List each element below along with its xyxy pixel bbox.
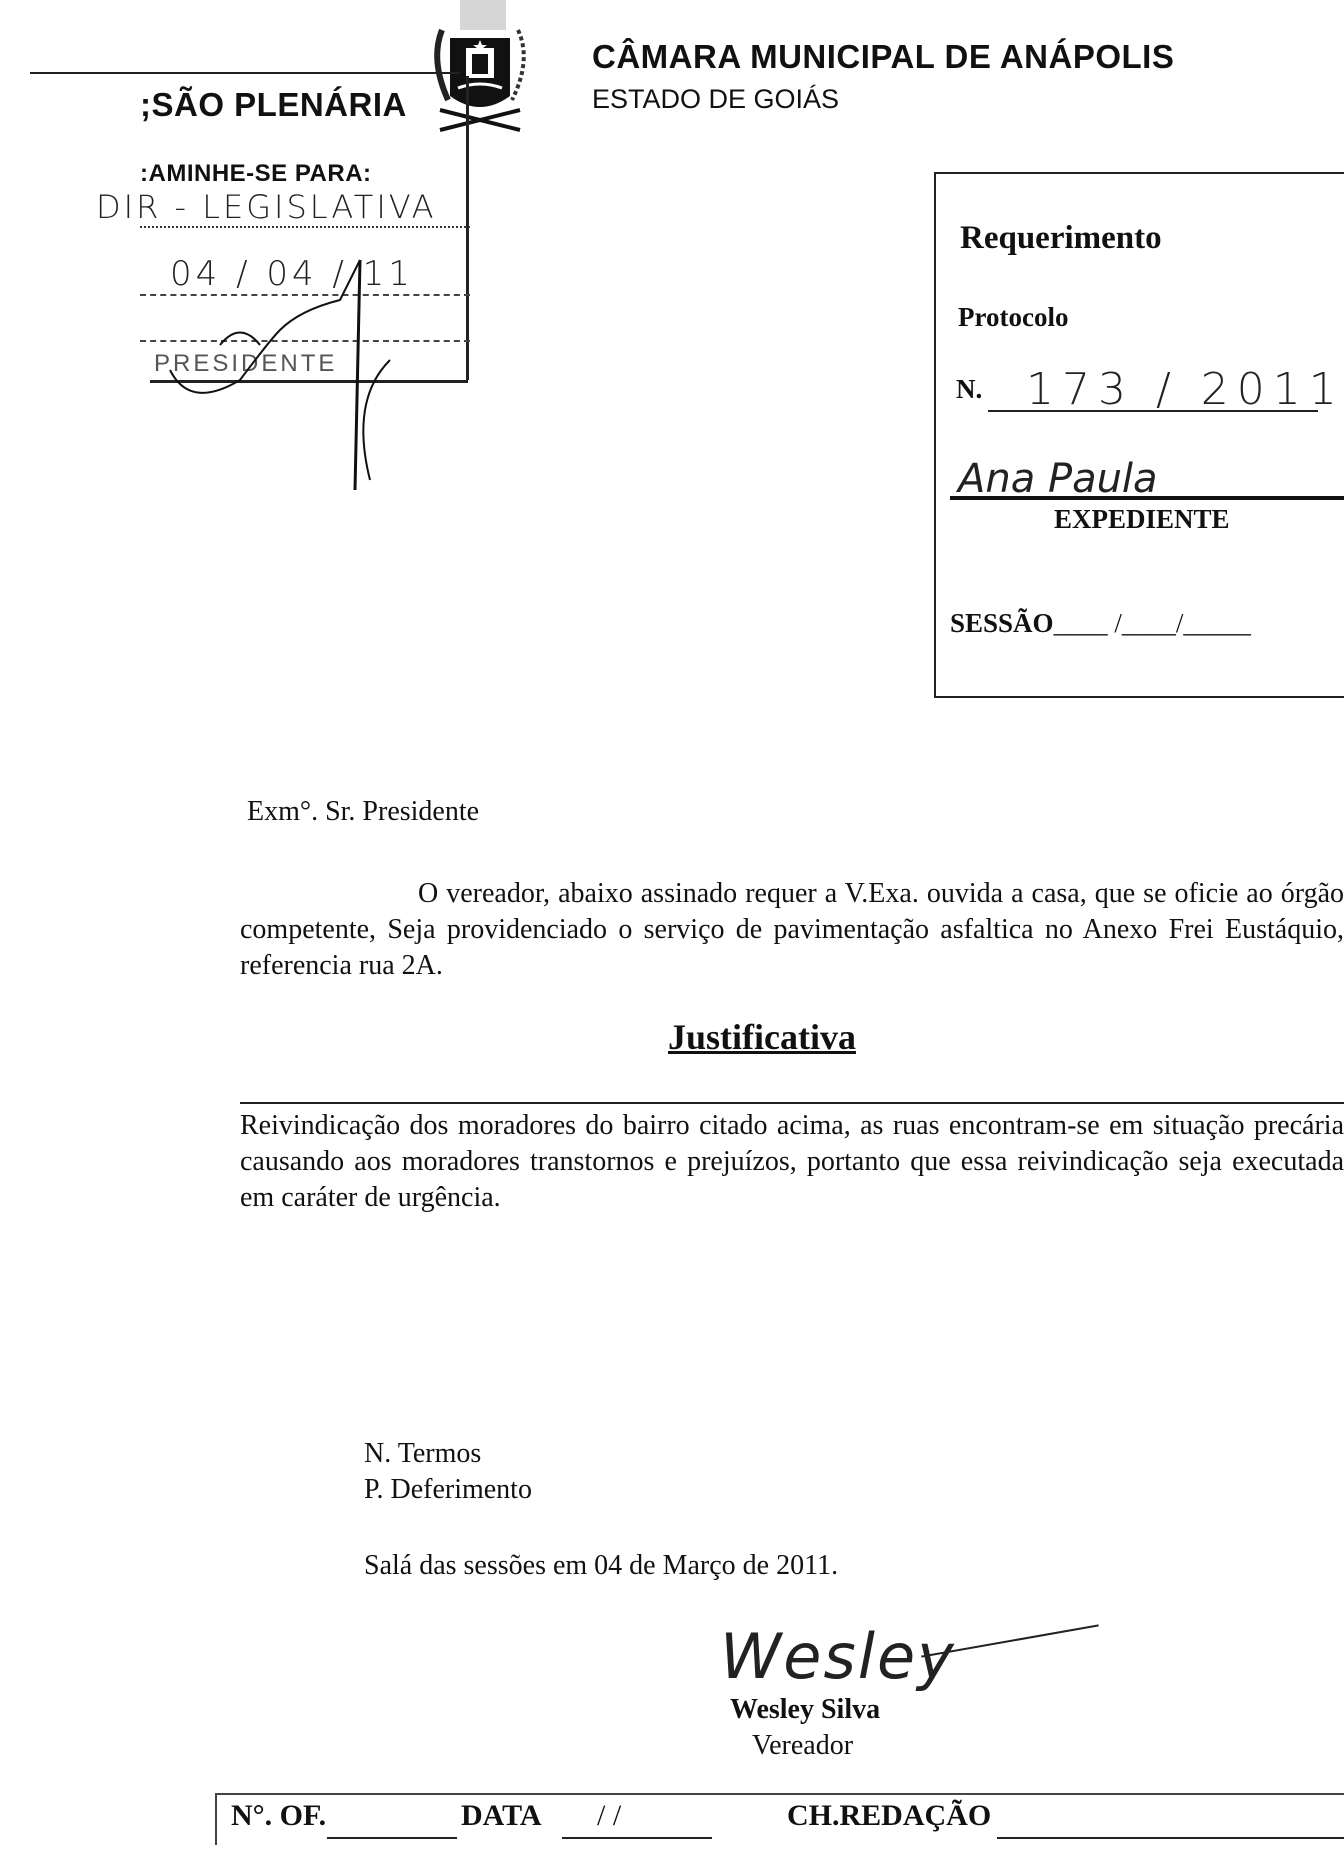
stamp-border-right	[466, 76, 469, 380]
protocol-box-bottom-border	[936, 696, 1344, 698]
institution-subtitle: ESTADO DE GOIÁS	[592, 84, 839, 115]
closing-line-2: P. Deferimento	[364, 1474, 532, 1506]
stamp-border-top	[30, 72, 460, 74]
signer-name: Wesley Silva	[730, 1694, 880, 1726]
office-number-label: N°. OF.	[231, 1799, 326, 1833]
document-type: Requerimento	[960, 220, 1162, 257]
request-paragraph: O vereador, abaixo assinado requer a V.E…	[240, 876, 1344, 984]
stamp-divider	[140, 226, 470, 228]
clerk-signature-line	[950, 496, 1344, 500]
stamp-title: ;SÃO PLENÁRIA	[140, 86, 407, 124]
protocol-box: Requerimento Protocolo N. 173 / 2011 Ana…	[934, 172, 1344, 698]
signer-role: Vereador	[752, 1730, 853, 1762]
institution-title: CÂMARA MUNICIPAL DE ANÁPOLIS	[592, 38, 1174, 76]
stamp-forward-label: :AMINHE-SE PARA:	[140, 160, 372, 188]
justification-divider	[240, 1102, 1344, 1104]
department-label: EXPEDIENTE	[1054, 504, 1230, 535]
protocol-number-label: N.	[956, 374, 982, 405]
office-footer-form: N°. OF. DATA / / CH.REDAÇÃO	[215, 1793, 1344, 1845]
session-field: SESSÃO____ /____/_____	[950, 608, 1251, 639]
date-separators: / /	[597, 1799, 621, 1833]
justification-text: Reivindicação dos moradores do bairro ci…	[240, 1108, 1344, 1216]
session-blank: ____ /____/_____	[1054, 608, 1251, 638]
president-signature-scribble	[150, 250, 410, 500]
date-blank	[562, 1837, 712, 1839]
redaction-blank	[997, 1837, 1344, 1839]
protocol-number-value: 173 / 2011	[1026, 364, 1344, 415]
closing-line-1: N. Termos	[364, 1438, 481, 1470]
salutation: Exm°. Sr. Presidente	[247, 796, 479, 828]
protocol-label: Protocolo	[958, 302, 1068, 333]
stamp-forward-to: DIR - LEGISLATIVA	[96, 188, 436, 226]
date-label: DATA	[461, 1799, 542, 1833]
redaction-label: CH.REDAÇÃO	[787, 1799, 991, 1833]
office-number-blank	[327, 1837, 457, 1839]
session-label: SESSÃO	[950, 608, 1054, 638]
justification-heading: Justificativa	[668, 1016, 856, 1058]
place-and-date: Salá das sessões em 04 de Março de 2011.	[364, 1550, 838, 1582]
